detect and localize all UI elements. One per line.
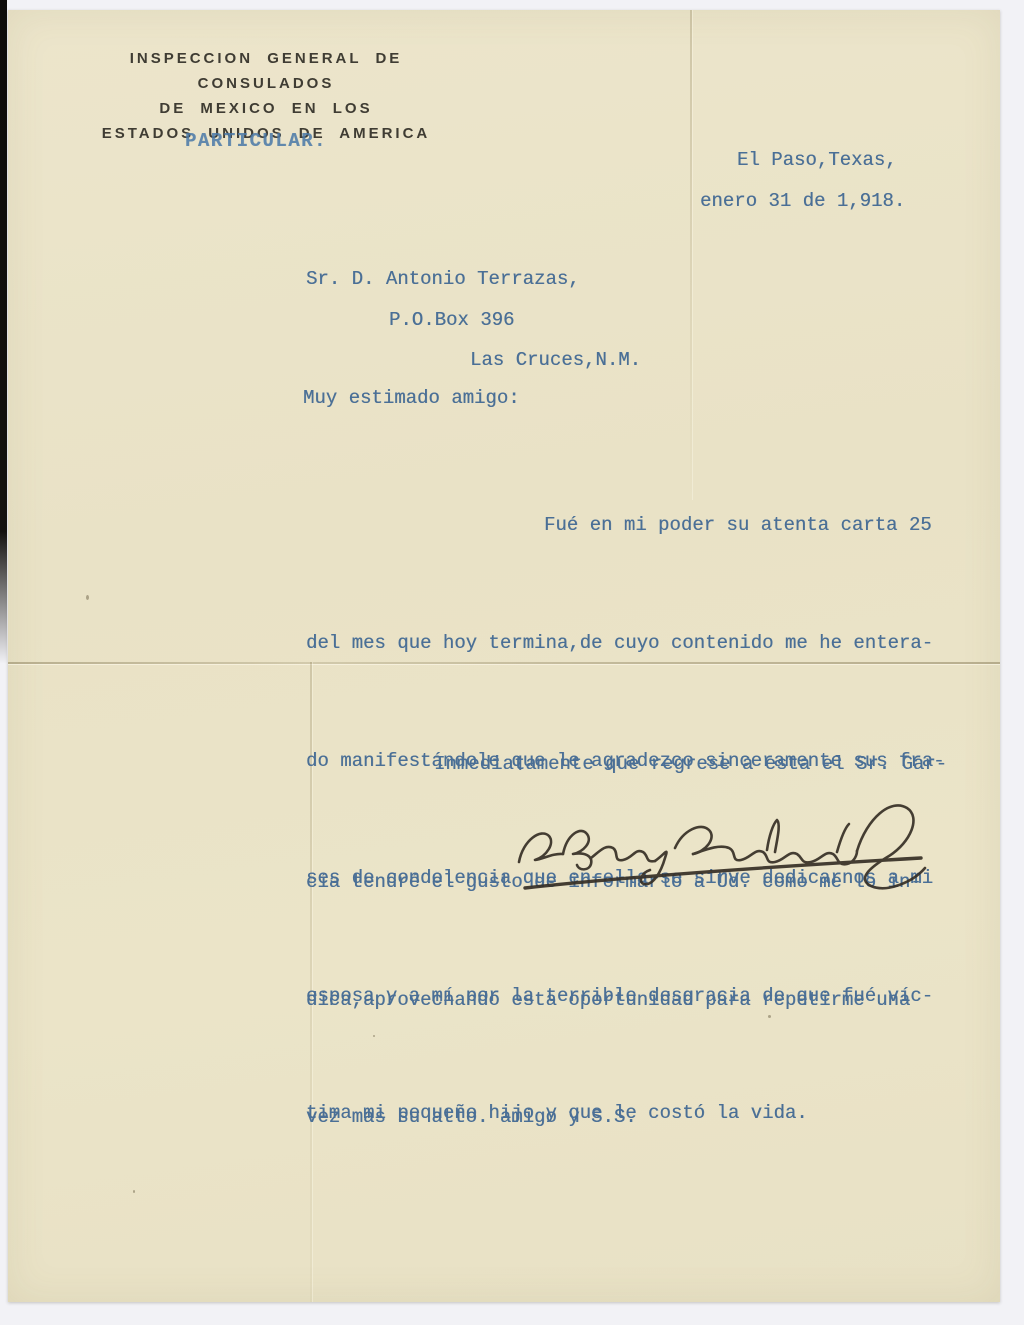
body-line: del mes que hoy termina,de cuyo contenid… xyxy=(306,624,966,663)
body-line: Inmediatamente que regrese a esta el Sr.… xyxy=(306,745,966,784)
paper-speck xyxy=(86,595,89,600)
recipient-city: Las Cruces,N.M. xyxy=(470,349,641,371)
paper-speck xyxy=(133,1190,135,1193)
letter-paper: INSPECCION GENERAL DE CONSULADOS DE MEXI… xyxy=(8,10,1000,1302)
dateline-date: enero 31 de 1,918. xyxy=(700,190,905,212)
vertical-fold-crease-top xyxy=(690,10,692,500)
salutation: Muy estimado amigo: xyxy=(303,387,520,409)
recipient-name: Sr. D. Antonio Terrazas, xyxy=(306,268,580,290)
body-line: dica,aprovechando esta oportunidad para … xyxy=(306,981,966,1020)
scanner-edge-shadow xyxy=(0,0,7,664)
body-line: vez mas su atto. amigo y S.S. xyxy=(306,1098,966,1137)
letterhead-line: DE MEXICO EN LOS xyxy=(70,96,462,121)
signature-ink-strokes xyxy=(505,796,937,900)
letterhead-line: INSPECCION GENERAL DE CONSULADOS xyxy=(70,46,462,96)
dateline-place: El Paso,Texas, xyxy=(737,149,897,171)
scanned-letter-page: { "document": { "letterhead": { "lines":… xyxy=(0,0,1024,1325)
handwritten-signature xyxy=(505,796,937,900)
body-line: Fué en mi poder su atenta carta 25 xyxy=(306,506,966,545)
particular-stamp: PARTICULAR. xyxy=(185,130,327,152)
recipient-po-box: P.O.Box 396 xyxy=(389,309,514,331)
body-paragraph-2: Inmediatamente que regrese a esta el Sr.… xyxy=(306,667,966,1216)
